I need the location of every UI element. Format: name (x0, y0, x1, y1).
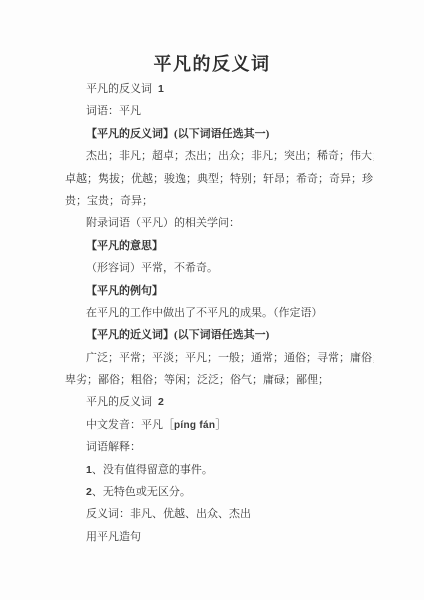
section-1-number: 1 (158, 83, 164, 95)
section-2-number: 2 (158, 396, 164, 408)
page-title: 平凡的反义词 (0, 50, 424, 76)
document-page: 平凡的反义词 平凡的反义词1 词语：平凡 【平凡的反义词】(以下词语任选其一) … (0, 0, 424, 600)
section-1-title: 平凡的反义词 (86, 83, 152, 95)
antonyms-list-line-1: 杰出；非凡；超卓；杰出；出众；非凡；突出；稀奇；伟大； (65, 145, 374, 167)
item-2-text: 、无特色或无区分。 (92, 486, 191, 498)
appendix-note: 附录词语（平凡）的相关学问： (65, 212, 374, 234)
antonyms-summary: 反义词：非凡、优越、出众、杰出 (65, 503, 374, 525)
explanation-item-1: 1、没有值得留意的事件。 (65, 459, 374, 481)
word-line: 词语：平凡 (65, 100, 374, 122)
example-header: 【平凡的例句】 (65, 280, 374, 302)
pronunciation-prefix: 中文发音：平凡［ (86, 419, 174, 431)
antonyms-header: 【平凡的反义词】(以下词语任选其一) (65, 123, 374, 145)
section-heading-1: 平凡的反义词1 (65, 78, 374, 100)
section-2-title: 平凡的反义词 (86, 396, 152, 408)
synonyms-list-line-1: 广泛；平常；平淡；平凡；一般；通常；通俗；寻常；庸俗； (65, 347, 374, 369)
section-heading-2: 平凡的反义词2 (65, 391, 374, 413)
antonyms-list-line-2: 卓越；隽拔；优越；骏逸；典型；特别；轩昂；希奇；奇异；珍 (65, 168, 374, 190)
meaning-text: （形容词）平常，不希奇。 (65, 257, 374, 279)
pronunciation-suffix: ］ (215, 419, 226, 431)
antonyms-list-line-3: 贵；宝贵；奇异； (65, 190, 374, 212)
make-sentence-header: 用平凡造句 (65, 526, 374, 548)
pinyin-text: píng fán (174, 420, 215, 431)
synonyms-header: 【平凡的近义词】(以下词语任选其一) (65, 324, 374, 346)
document-body: 平凡的反义词1 词语：平凡 【平凡的反义词】(以下词语任选其一) 杰出；非凡；超… (65, 78, 374, 548)
item-1-text: 、没有值得留意的事件。 (92, 464, 213, 476)
synonyms-list-line-2: 卑劣；鄙俗；粗俗；等闲；泛泛；俗气；庸碌；鄙俚； (65, 369, 374, 391)
explanation-item-2: 2、无特色或无区分。 (65, 481, 374, 503)
example-sentence: 在平凡的工作中做出了不平凡的成果。（作定语） (65, 302, 374, 324)
explanation-header: 词语解释： (65, 436, 374, 458)
meaning-header: 【平凡的意思】 (65, 235, 374, 257)
pronunciation-line: 中文发音：平凡［píng fán］ (65, 414, 374, 436)
